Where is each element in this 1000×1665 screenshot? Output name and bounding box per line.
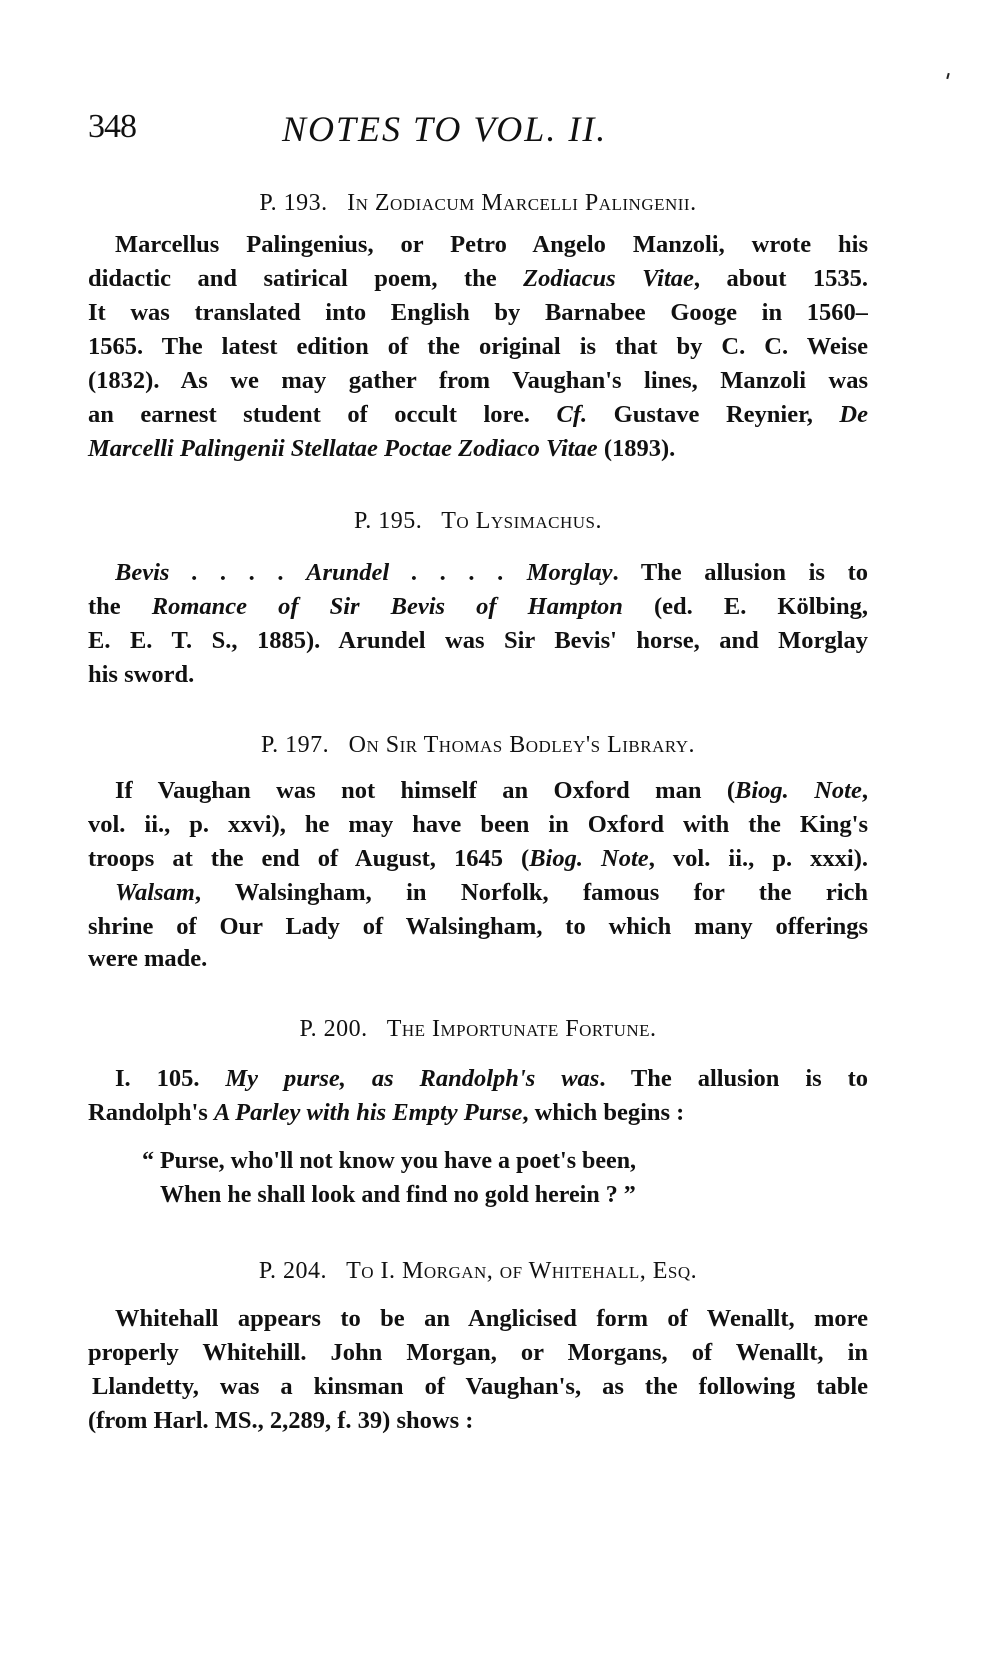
text-line: It was translated into English by Barnab… bbox=[88, 298, 868, 328]
poem-title: In Zodiacum Marcelli Palingenii. bbox=[347, 190, 696, 216]
text-line: vol. ii., p. xxvi), he may have been in … bbox=[88, 810, 868, 840]
text-line: were made. bbox=[88, 944, 868, 974]
text-line: Marcelli Palingenii Stellatae Poctae Zod… bbox=[88, 434, 868, 464]
text-line: didactic and satirical poem, the Zodiacu… bbox=[88, 264, 868, 294]
poem-title: To I. Morgan, of Whitehall, Esq. bbox=[346, 1258, 697, 1284]
section-heading: P. 193. In Zodiacum Marcelli Palingenii. bbox=[88, 190, 868, 217]
section-heading: P. 195. To Lysimachus. bbox=[88, 508, 868, 535]
section-heading: P. 204. To I. Morgan, of Whitehall, Esq. bbox=[88, 1258, 868, 1285]
poem-title: On Sir Thomas Bodley's Library. bbox=[349, 732, 695, 758]
running-header: 348 NOTES TO VOL. II. bbox=[88, 108, 848, 154]
section-heading: P. 200. The Importunate Fortune. bbox=[88, 1016, 868, 1043]
verse-line: “ Purse, who'll not know you have a poet… bbox=[142, 1146, 636, 1176]
italic-title: Zodiacus Vitae bbox=[523, 265, 694, 292]
page-number: 348 bbox=[88, 108, 136, 146]
text-line: Llandetty, was a kinsman of Vaughan's, a… bbox=[92, 1372, 868, 1402]
section-heading: P. 197. On Sir Thomas Bodley's Library. bbox=[88, 732, 868, 759]
text-line: shrine of Our Lady of Walsingham, to whi… bbox=[88, 912, 868, 942]
text-line: If Vaughan was not himself an Oxford man… bbox=[115, 776, 868, 806]
text-line: 1565. The latest edition of the original… bbox=[88, 332, 868, 362]
text-line: Randolph's A Parley with his Empty Purse… bbox=[88, 1098, 868, 1128]
italic-title: Romance of Sir Bevis of Hampton bbox=[152, 593, 623, 620]
verse-line: When he shall look and find no gold here… bbox=[160, 1180, 636, 1210]
page-ref: P. 193. bbox=[259, 190, 327, 216]
page-ref: P. 204. bbox=[259, 1258, 327, 1284]
page-ref: P. 195. bbox=[354, 508, 422, 534]
text-line: the Romance of Sir Bevis of Hampton (ed.… bbox=[88, 592, 868, 622]
page-ref: P. 197. bbox=[261, 732, 329, 758]
scan-speck bbox=[946, 73, 949, 79]
page-ref: P. 200. bbox=[299, 1016, 367, 1042]
italic-title: Marcelli Palingenii Stellatae Poctae Zod… bbox=[88, 435, 598, 462]
running-title: NOTES TO VOL. II. bbox=[282, 108, 607, 150]
text-line: an earnest student of occult lore. Cf. G… bbox=[88, 400, 868, 430]
text-line: troops at the end of August, 1645 (Biog.… bbox=[88, 844, 868, 874]
text-line: I. 105. My purse, as Randolph's was. The… bbox=[115, 1064, 868, 1094]
poem-title: The Importunate Fortune. bbox=[387, 1016, 657, 1042]
text-line: (1832). As we may gather from Vaughan's … bbox=[88, 366, 868, 396]
poem-title: To Lysimachus. bbox=[441, 508, 602, 534]
text-line: his sword. bbox=[88, 660, 868, 690]
italic-title: A Parley with his Empty Purse bbox=[214, 1099, 522, 1126]
text-line: E. E. T. S., 1885). Arundel was Sir Bevi… bbox=[88, 626, 868, 656]
book-page: 348 NOTES TO VOL. II. P. 193. In Zodiacu… bbox=[0, 0, 1000, 1665]
text-line: (from Harl. MS., 2,289, f. 39) shows : bbox=[88, 1406, 868, 1436]
text-line: Whitehall appears to be an Anglicised fo… bbox=[115, 1304, 868, 1334]
text-line: Bevis . . . . Arundel . . . . Morglay. T… bbox=[115, 558, 868, 588]
text-line: properly Whitehill. John Morgan, or Morg… bbox=[88, 1338, 868, 1368]
text-line: Marcellus Palingenius, or Petro Angelo M… bbox=[115, 230, 868, 260]
text-line: Walsam, Walsingham, in Norfolk, famous f… bbox=[115, 878, 868, 908]
